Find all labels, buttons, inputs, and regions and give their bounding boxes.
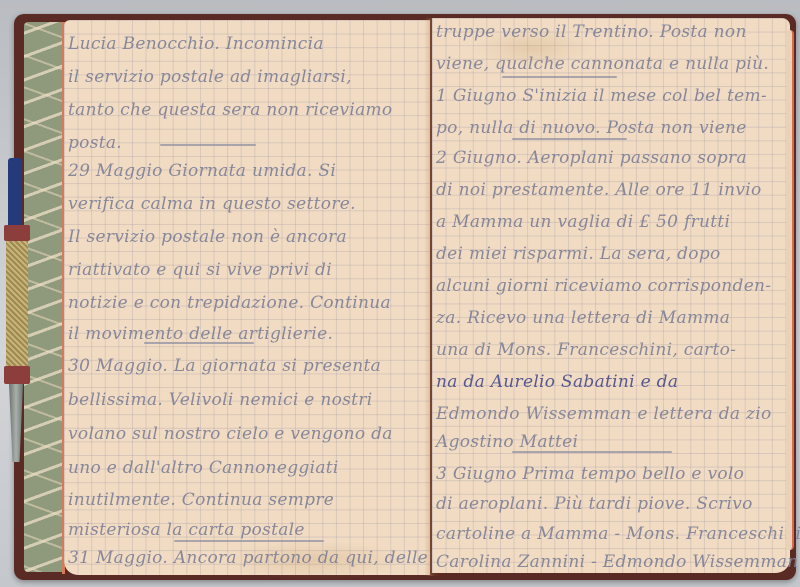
pencil-band	[4, 366, 30, 384]
diary-line: il movimento delle artiglierie.	[68, 324, 333, 344]
diary-line: Carolina Zannini - Edmondo Wissemman	[436, 552, 798, 572]
diary-line: po, nulla di nuovo. Posta non viene	[436, 118, 747, 138]
diary-line: truppe verso il Trentino. Posta non	[436, 22, 747, 42]
diary-line: a Mamma un vaglia di £ 50 frutti	[436, 212, 730, 232]
diary-line: tanto che questa sera non riceviamo	[68, 100, 392, 120]
diary-line: di aeroplani. Più tardi piove. Scrivo	[436, 494, 753, 514]
diary-line: di noi prestamente. Alle ore 11 invio	[436, 180, 762, 200]
diary-line: inutilmente. Continua sempre	[68, 490, 334, 510]
section-divider	[144, 342, 254, 344]
diary-line: bellissima. Velivoli nemici e nostri	[68, 390, 372, 410]
diary-line: 2 Giugno. Aeroplani passano sopra	[436, 148, 747, 168]
diary-line: alcuni giorni riceviamo corrisponden-	[436, 276, 771, 296]
diary-line: volano sul nostro cielo e vengono da	[68, 424, 393, 444]
section-divider	[160, 144, 256, 146]
diary-line: Agostino Mattei	[436, 432, 578, 452]
pencil-tip	[9, 384, 23, 462]
diary-line: 29 Maggio Giornata umida. Si	[68, 161, 336, 181]
section-divider	[174, 540, 324, 542]
diary-line: 3 Giugno Prima tempo bello e volo	[436, 464, 744, 484]
pencil-lead	[8, 158, 22, 228]
marbled-endpaper	[24, 22, 64, 572]
diary-line: notizie e con trepidazione. Continua	[68, 293, 391, 313]
diary-line: una di Mons. Franceschini, carto-	[436, 340, 736, 360]
diary-line: dei miei risparmi. La sera, dopo	[436, 244, 721, 264]
pencil-icon	[4, 150, 28, 470]
section-divider	[512, 451, 672, 453]
section-divider	[512, 138, 627, 140]
left-page: Lucia Benocchio. Incomincia il servizio …	[64, 20, 430, 575]
diary-line: cartoline a Mamma - Mons. Franceschini	[436, 524, 800, 544]
diary-line: posta.	[68, 133, 122, 153]
page-edge-right	[786, 30, 794, 550]
diary-line: Il servizio postale non è ancora	[68, 227, 347, 247]
pencil-band	[4, 225, 30, 241]
diary-line: za. Ricevo una lettera di Mamma	[436, 308, 730, 328]
diary-line: riattivato e qui si vive privi di	[68, 260, 332, 280]
right-page: truppe verso il Trentino. Posta non vien…	[432, 18, 790, 573]
diary-line: Edmondo Wissemman e lettera da zio	[436, 404, 772, 424]
diary-line: il servizio postale ad imagliarsi,	[68, 67, 352, 87]
diary-line: viene, qualche cannonata e nulla più.	[436, 54, 769, 74]
pencil-grip	[6, 241, 28, 366]
section-divider	[502, 76, 617, 78]
diary-line: 30 Maggio. La giornata si presenta	[68, 356, 381, 376]
diary-line: Lucia Benocchio. Incomincia	[68, 34, 324, 54]
diary-line: uno e dall'altro Cannoneggiati	[68, 458, 339, 478]
diary-line: 31 Maggio. Ancora partono da qui, delle	[68, 548, 428, 568]
diary-line: misteriosa la carta postale	[68, 520, 305, 540]
diary-line: 1 Giugno S'inizia il mese col bel tem-	[436, 86, 767, 106]
diary-line: na da Aurelio Sabatini e da	[436, 372, 678, 392]
diary-line: verifica calma in questo settore.	[68, 194, 356, 214]
